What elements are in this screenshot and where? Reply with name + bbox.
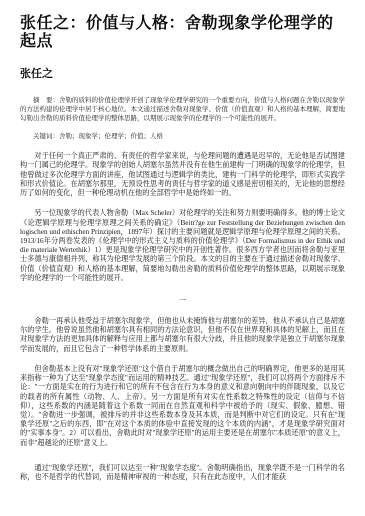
author-name: 张任之 [20, 65, 345, 81]
keywords-line: 关键词：舍勒；现象学；伦理学；价值；人格 [20, 132, 345, 141]
section-one-heading: 一 [20, 295, 345, 306]
section-one-paragraph-2: 但舍勒基本上没有对"现象学还原"这个借自于胡塞尔的概念做出自己的明确界定，他更多… [20, 365, 345, 448]
section-one-paragraph-3: 通过"现象学还原"，我们可以达至一种"现象学态度"。舍勒明确指出，现象学既不是一… [20, 464, 345, 482]
page-title: 张任之：价值与人格：舍勒现象学伦理学的起点 [20, 15, 345, 51]
document-page: 张任之：价值与人格：舍勒现象学伦理学的起点 张任之 摘 要：舍勒的质料的价值伦理… [0, 0, 365, 516]
section-one-paragraph-1: 舍勒一再承认他受益于胡塞尔现象学，但他也从未掩饰他与胡塞尔的差异，他从不承认自己… [20, 317, 345, 354]
intro-paragraph-2: 另一位现象学的代表人物舍勒（Max Scheler）对伦理学的关注和努力则要明确… [20, 209, 345, 283]
intro-paragraph-1: 对于任何一个真正严肃的、有责任的哲学家来说，与伦理问题的遭遇是迟早的，无论他是否… [20, 152, 345, 198]
abstract-text: 摘 要：舍勒的质料的价值伦理学开创了现象学伦理学研究的一个重要方向，价值与人格问… [20, 96, 345, 123]
